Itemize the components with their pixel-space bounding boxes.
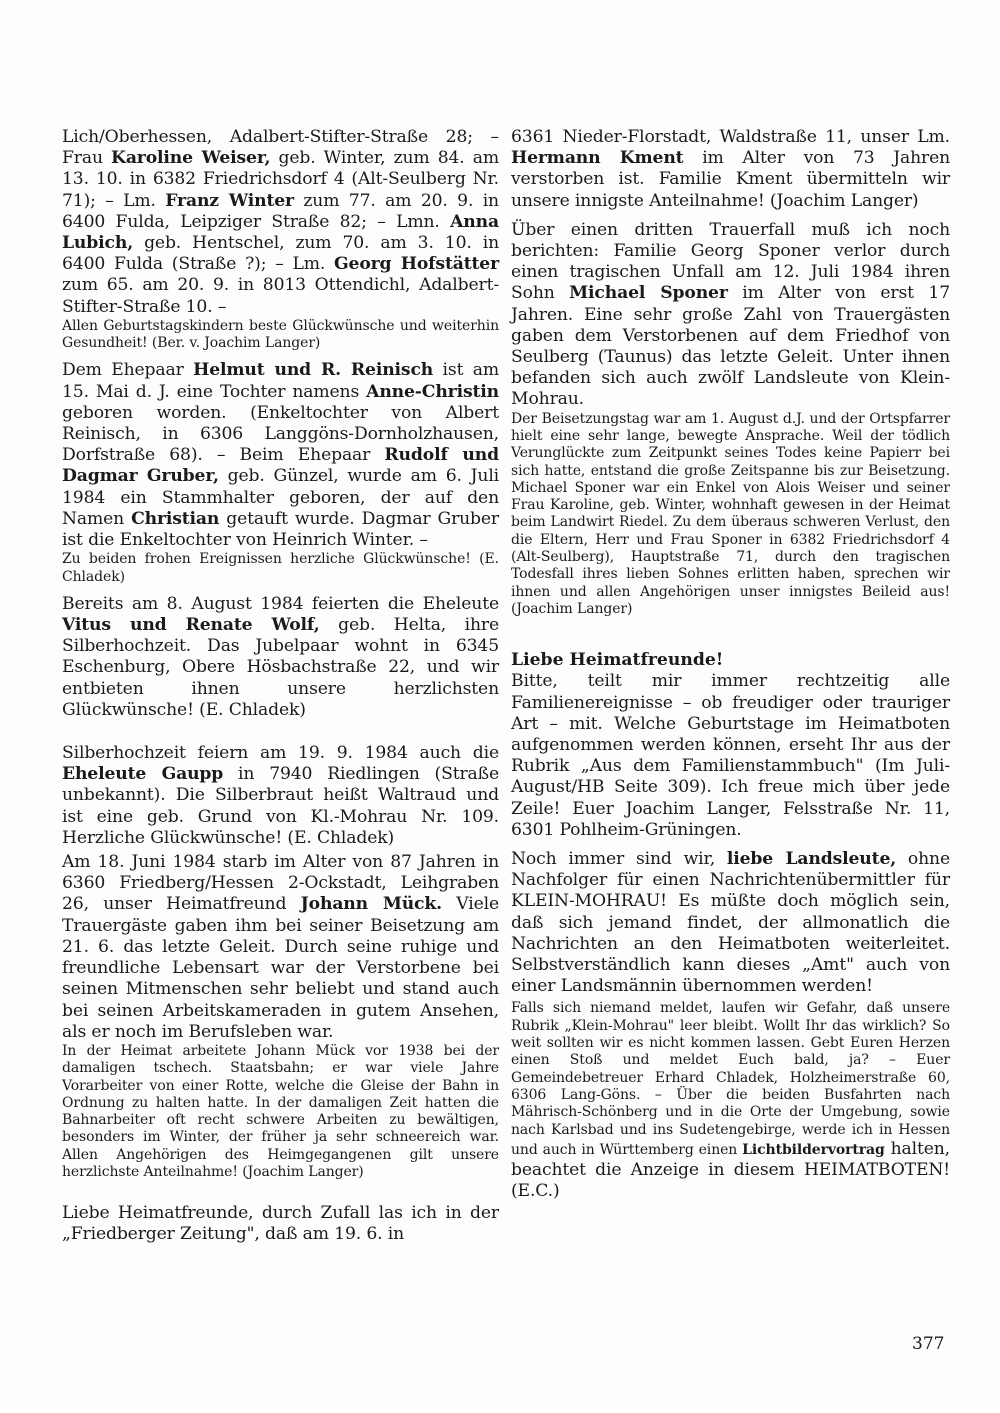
name-reinisch: Helmut und R. Reinisch [193,360,433,380]
name-franz-winter: Franz Winter [165,191,294,211]
lichtbildervortrag-emphasis: Lichtbildervortrag [742,1142,885,1158]
obituary-sponer-paragraph: Über einen dritten Trauerfall muß ich no… [511,220,950,411]
silver-wedding-wolf-paragraph: Bereits am 8. August 1984 feierten die E… [62,594,499,721]
name-eheleute-gaupp: Eheleute Gaupp [62,764,223,784]
page-number: 377 [912,1334,944,1354]
name-vitus-renate-wolf: Vitus und Renate Wolf, [62,615,320,635]
obituary-mueck-note: In der Heimat arbeitete Johann Mück vor … [62,1043,499,1181]
obituary-sponer-note: Der Beisetzungstag war am 1. August d.J.… [511,411,950,619]
right-column: 6361 Nieder-Florstadt, Waldstraße 11, un… [511,127,950,1202]
obituary-mueck-paragraph: Am 18. Juni 1984 starb im Alter von 87 J… [62,852,499,1043]
name-michael-sponer: Michael Sponer [569,283,728,303]
birth-announcement-paragraph: Dem Ehepaar Helmut und R. Reinisch ist a… [62,360,499,551]
successor-request-paragraph: Noch immer sind wir, liebe Landsleute, o… [511,849,950,997]
name-georg-hofstaetter: Georg Hofstätter [334,254,499,274]
name-anne-christin: Anne-Christin [366,382,499,402]
section-heading: Liebe Heimatfreunde! [511,650,950,671]
name-christian: Christian [131,509,219,529]
liebe-landsleute-emphasis: liebe Landsleute, [727,849,896,869]
left-column: Lich/Oberhessen, Adalbert-Stifter-Straße… [62,127,499,1246]
name-johann-mueck: Johann Mück. [301,894,442,914]
birthday-list-paragraph: Lich/Oberhessen, Adalbert-Stifter-Straße… [62,127,499,318]
document-page: Lich/Oberhessen, Adalbert-Stifter-Straße… [0,0,1000,1413]
silver-wedding-gaupp-paragraph: Silberhochzeit feiern am 19. 9. 1984 auc… [62,743,499,849]
family-events-request-paragraph: Bitte, teilt mir immer rechtzeitig alle … [511,671,950,841]
friedberger-zeitung-paragraph: Liebe Heimatfreunde, durch Zufall las ic… [62,1203,499,1245]
birth-wishes-note: Zu beiden frohen Ereignissen herzliche G… [62,551,499,586]
birthday-wishes-note: Allen Geburtstagskindern beste Glückwüns… [62,318,499,353]
successor-request-note: Falls sich niemand meldet, laufen wir Ge… [511,1000,950,1202]
name-hermann-kment: Hermann Kment [511,148,683,168]
obituary-kment-paragraph: 6361 Nieder-Florstadt, Waldstraße 11, un… [511,127,950,212]
name-karoline-weiser: Karoline Weiser, [111,148,270,168]
